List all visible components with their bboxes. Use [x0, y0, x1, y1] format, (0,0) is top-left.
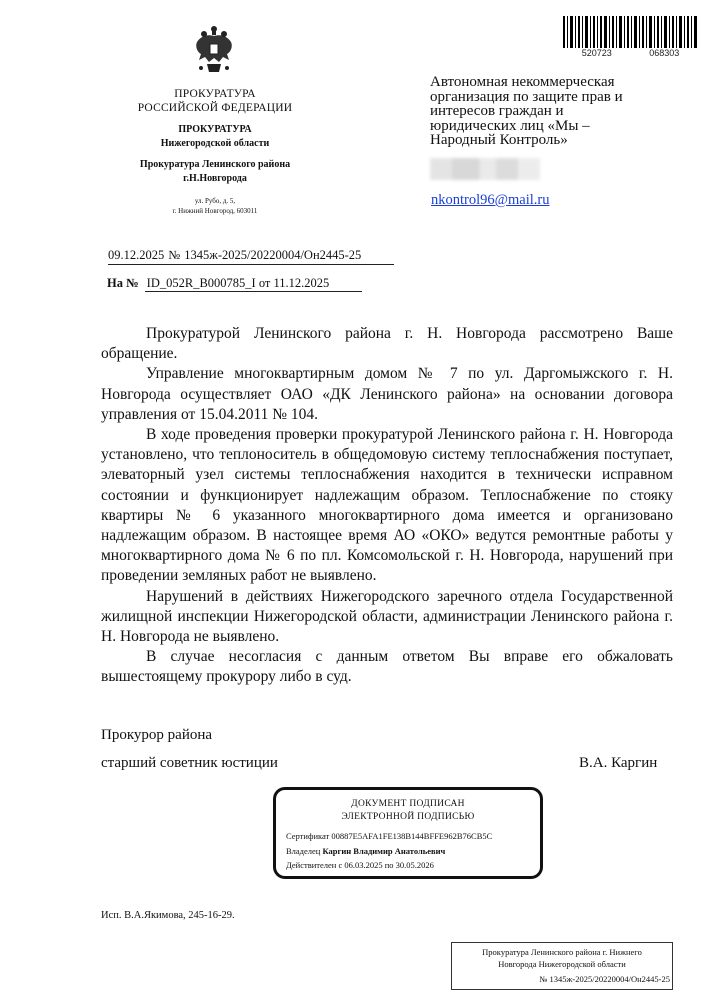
- addressee-line: интересов граждан и: [430, 104, 680, 119]
- stamp-validity: Действителен с 06.03.2025 по 30.05.2026: [276, 857, 540, 873]
- stamp-title: ДОКУМЕНТ ПОДПИСАН ЭЛЕКТРОННОЙ ПОДПИСЬЮ: [276, 798, 540, 824]
- registration-number-prefix: №: [168, 248, 180, 262]
- registry-number: № 1345ж-2025/20220004/Он2445-25: [452, 973, 672, 985]
- letter-body: Прокуратурой Ленинского района г. Н. Нов…: [101, 324, 673, 688]
- signer-name: В.А. Каргин: [579, 755, 657, 772]
- electronic-signature-stamp: ДОКУМЕНТ ПОДПИСАН ЭЛЕКТРОННОЙ ПОДПИСЬЮ С…: [273, 787, 543, 879]
- valid-to-label: по: [385, 860, 394, 870]
- valid-from: 06.03.2025: [344, 860, 382, 870]
- addressee-line: юридических лиц «Мы –: [430, 119, 680, 134]
- owner-label: Владелец: [286, 846, 320, 856]
- address-line-1: ул. Рубо, д. 5,: [100, 196, 330, 206]
- body-paragraph: Нарушений в действиях Нижегородского зар…: [101, 587, 673, 648]
- certificate-label: Сертификат: [286, 831, 329, 841]
- registration-date: 09.12.2025: [108, 248, 164, 262]
- stamp-title-line-2: ЭЛЕКТРОННОЙ ПОДПИСЬЮ: [276, 811, 540, 824]
- district-line-2: г.Н.Новгорода: [100, 172, 330, 186]
- barcode-number: 520723 068303: [563, 48, 698, 58]
- addressee-line: Народный Контроль»: [430, 133, 680, 148]
- office-address: ул. Рубо, д. 5, г. Нижний Новгород, 6030…: [100, 196, 330, 216]
- reply-reference: На №ID_052R_B000785_I от 11.12.2025: [107, 276, 362, 292]
- barcode-left-number: 520723: [582, 48, 612, 58]
- executor-contact: Исп. В.А.Якимова, 245-16-29.: [101, 910, 235, 921]
- body-paragraph: В ходе проведения проверки прокуратурой …: [101, 425, 673, 587]
- region-line-1: ПРОКУРАТУРА: [100, 123, 330, 137]
- region-line-2: Нижегородской области: [100, 137, 330, 151]
- addressee-email-link[interactable]: nkontrol96@mail.ru: [431, 192, 549, 209]
- reply-ref: ID_052R_B000785_I от 11.12.2025: [145, 276, 362, 292]
- district-line-1: Прокуратура Ленинского района: [100, 158, 330, 172]
- barcode-right-number: 068303: [649, 48, 679, 58]
- stamp-title-line-1: ДОКУМЕНТ ПОДПИСАН: [276, 798, 540, 811]
- signer-position-line-1: Прокурор района: [101, 727, 212, 744]
- coat-of-arms-icon: [191, 24, 237, 76]
- signer-position-line-2: старший советник юстиции: [101, 755, 278, 772]
- registration-number: 1345ж-2025/20220004/Он2445-25: [184, 248, 361, 262]
- outgoing-registration: 09.12.2025№1345ж-2025/20220004/Он2445-25: [108, 248, 394, 265]
- owner-value: Каргин Владимир Анатольевич: [322, 846, 445, 856]
- addressee-block: Автономная некоммерческая организация по…: [430, 75, 680, 148]
- body-paragraph: Управление многоквартирным домом № 7 по …: [101, 364, 673, 425]
- body-paragraph: В случае несогласия с данным ответом Вы …: [101, 647, 673, 687]
- addressee-line: организация по защите прав и: [430, 90, 680, 105]
- valid-label: Действителен с: [286, 860, 342, 870]
- registry-line-2: Новгорода Нижегородской области: [452, 958, 672, 970]
- reply-label: На №: [107, 276, 139, 290]
- org-line-1: ПРОКУРАТУРА: [100, 87, 330, 101]
- district-office-title: Прокуратура Ленинского района г.Н.Новгор…: [100, 158, 330, 186]
- certificate-value: 00887E5AFA1FE138B144BFFE962B76CB5C: [331, 831, 492, 841]
- body-paragraph: Прокуратурой Ленинского района г. Н. Нов…: [101, 324, 673, 364]
- addressee-line: Автономная некоммерческая: [430, 75, 680, 90]
- registry-line-1: Прокуратура Ленинского района г. Нижнего: [452, 946, 672, 958]
- registry-box: Прокуратура Ленинского района г. Нижнего…: [451, 942, 673, 990]
- stamp-owner: Владелец Каргин Владимир Анатольевич: [276, 845, 540, 857]
- barcode-icon: [563, 16, 698, 48]
- valid-to: 30.05.2026: [396, 860, 434, 870]
- org-line-2: РОССИЙСКОЙ ФЕДЕРАЦИИ: [100, 101, 330, 115]
- regional-office-title: ПРОКУРАТУРА Нижегородской области: [100, 123, 330, 151]
- address-line-2: г. Нижний Новгород, 603011: [100, 206, 330, 216]
- redacted-address: [430, 158, 540, 180]
- prosecutor-office-title: ПРОКУРАТУРА РОССИЙСКОЙ ФЕДЕРАЦИИ: [100, 87, 330, 115]
- stamp-certificate: Сертификат 00887E5AFA1FE138B144BFFE962B7…: [276, 828, 540, 845]
